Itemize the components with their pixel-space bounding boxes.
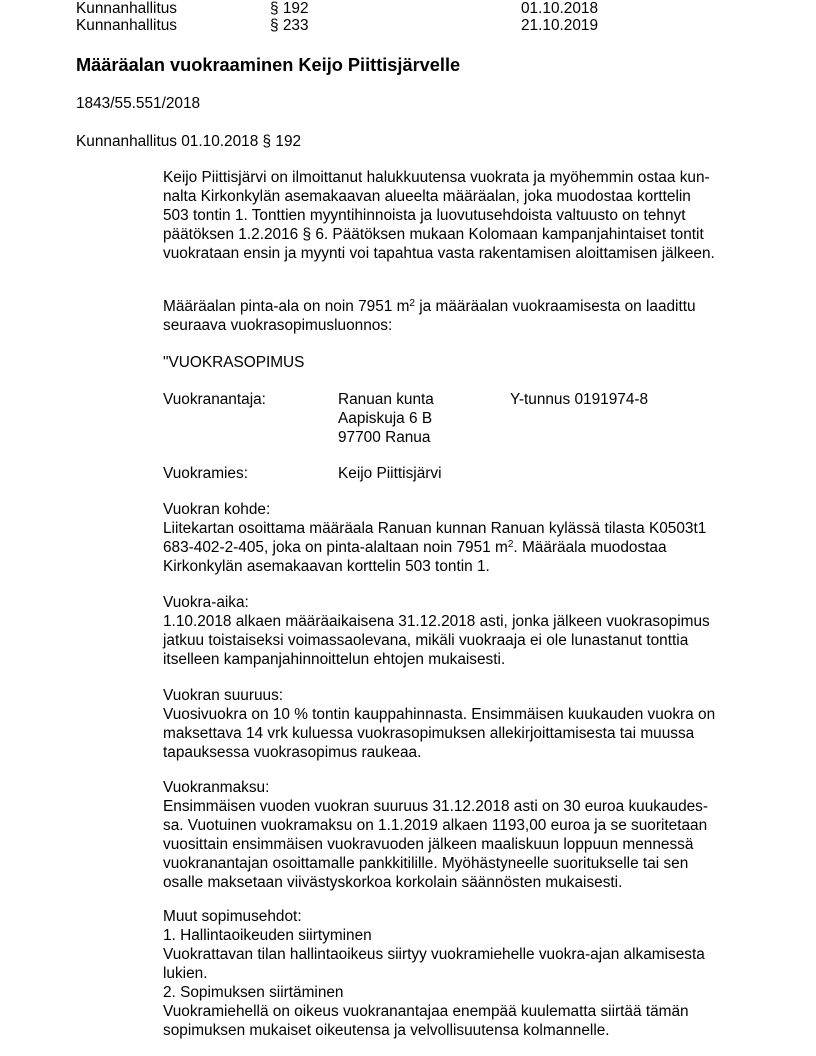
section-heading: Vuokra-aika: <box>163 593 763 612</box>
section-line: sa. Vuotuinen vuokramaksu on 1.1.2019 al… <box>163 816 763 835</box>
section-heading: Vuokran kohde: <box>163 500 763 519</box>
landlord-name: Ranuan kunta <box>338 390 434 409</box>
section-lease-object: Vuokran kohde: Liitekartan osoittama mää… <box>163 500 763 576</box>
section-line: maksettava 14 vrk kuluessa vuokrasopimuk… <box>163 724 763 743</box>
section-line: Vuosivuokra on 10 % tontin kauppahinnast… <box>163 705 763 724</box>
section-line: jatkuu toistaiseksi voimassaolevana, mik… <box>163 631 763 650</box>
header-section: § 233 <box>270 17 309 35</box>
landlord-business-id: Y-tunnus 0191974-8 <box>510 390 648 409</box>
section-line: tapauksessa vuokrasopimus raukeaa. <box>163 743 763 762</box>
area-line: seuraava vuokrasopimusluonnos: <box>163 316 763 335</box>
header-body: Kunnanhallitus <box>76 0 177 18</box>
section-line: 1. Hallintaoikeuden siirtyminen <box>163 926 763 945</box>
diary-number: 1843/55.551/2018 <box>76 95 200 113</box>
intro-line: Keijo Piittisjärvi on ilmoittanut halukk… <box>163 168 763 187</box>
tenant-label: Vuokramies: <box>163 464 248 483</box>
landlord-label: Vuokranantaja: <box>163 390 266 409</box>
intro-line: 503 tontin 1. Tonttien myyntihinnoista j… <box>163 206 763 225</box>
intro-line: vuokrataan ensin ja myynti voi tapahtua … <box>163 244 763 263</box>
tenant-name: Keijo Piittisjärvi <box>338 464 442 483</box>
header-date: 21.10.2019 <box>521 17 598 35</box>
landlord-city: 97700 Ranua <box>338 428 430 447</box>
section-line: 683-402-2-405, joka on pinta-alaltaan no… <box>163 538 763 557</box>
section-heading: Vuokran suuruus: <box>163 686 763 705</box>
area-line: Määräalan pinta-ala on noin 7951 m2 ja m… <box>163 297 763 316</box>
section-other-terms: Muut sopimusehdot: 1. Hallintaoikeuden s… <box>163 907 763 1040</box>
section-heading: Muut sopimusehdot: <box>163 907 763 926</box>
section-line: itselleen kampanjahinnoittelun ehtojen m… <box>163 650 763 669</box>
document-title: Määräalan vuokraaminen Keijo Piittisjärv… <box>76 55 460 76</box>
section-line: Vuokramiehellä on oikeus vuokranantajaa … <box>163 1002 763 1021</box>
section-line: vuosittain ensimmäisen vuokravuoden jälk… <box>163 835 763 854</box>
section-line: 1.10.2018 alkaen määräaikaisena 31.12.20… <box>163 612 763 631</box>
meeting-reference: Kunnanhallitus 01.10.2018 § 192 <box>76 133 301 151</box>
section-rent-amount: Vuokran suuruus: Vuosivuokra on 10 % ton… <box>163 686 763 762</box>
header-date: 01.10.2018 <box>521 0 598 18</box>
section-line: Liitekartan osoittama määräala Ranuan ku… <box>163 519 763 538</box>
section-line: Ensimmäisen vuoden vuokran suuruus 31.12… <box>163 797 763 816</box>
intro-line: päätöksen 1.2.2016 § 6. Päätöksen mukaan… <box>163 225 763 244</box>
section-lease-term: Vuokra-aika: 1.10.2018 alkaen määräaikai… <box>163 593 763 669</box>
section-line: Vuokrattavan tilan hallintaoikeus siirty… <box>163 945 763 964</box>
header-section: § 192 <box>270 0 309 18</box>
section-line: Kirkonkylän asemakaavan korttelin 503 to… <box>163 557 763 576</box>
landlord-street: Aapiskuja 6 B <box>338 409 432 428</box>
section-line: 2. Sopimuksen siirtäminen <box>163 983 763 1002</box>
section-line: osalle maksetaan viivästyskorkoa korkola… <box>163 873 763 892</box>
area-paragraph: Määräalan pinta-ala on noin 7951 m2 ja m… <box>163 297 763 335</box>
contract-heading: "VUOKRASOPIMUS <box>163 353 763 372</box>
section-heading: Vuokranmaksu: <box>163 778 763 797</box>
section-line: sopimuksen mukaiset oikeutensa ja velvol… <box>163 1021 763 1040</box>
section-line: vuokranantajan osoittamalle pankkitilill… <box>163 854 763 873</box>
intro-line: nalta Kirkonkylän asemakaavan alueelta m… <box>163 187 763 206</box>
section-rent-payment: Vuokranmaksu: Ensimmäisen vuoden vuokran… <box>163 778 763 892</box>
header-body: Kunnanhallitus <box>76 17 177 35</box>
section-line: lukien. <box>163 964 763 983</box>
intro-paragraph: Keijo Piittisjärvi on ilmoittanut halukk… <box>163 168 763 263</box>
